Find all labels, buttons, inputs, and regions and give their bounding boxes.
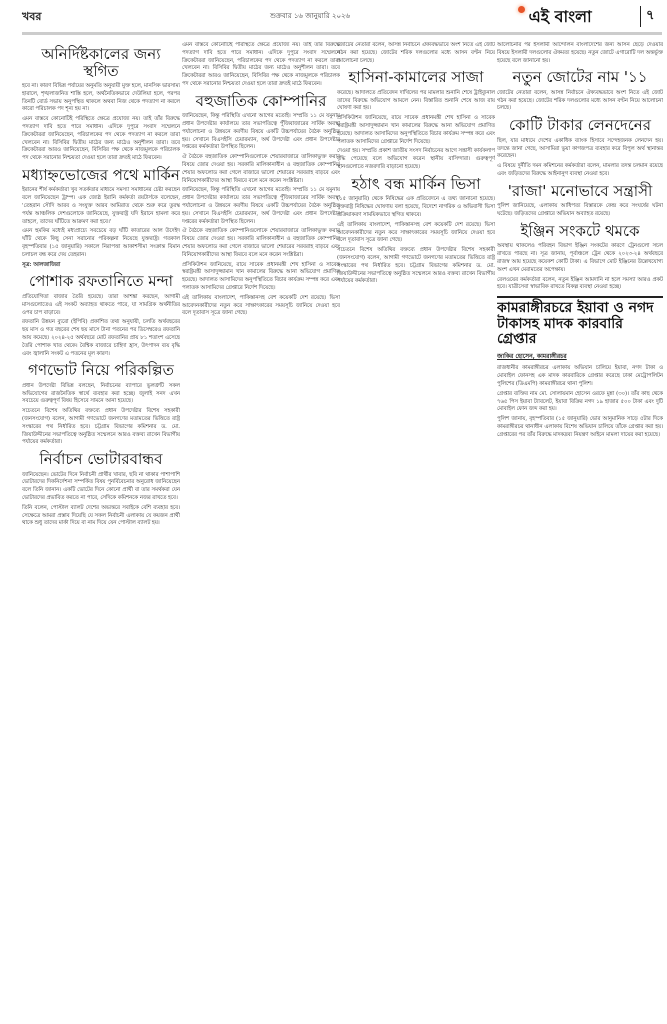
article-headline: পোশাক রফতানিতে মন্দা [22,273,180,290]
article-paragraph: পুলিশ জানায়, বৃহস্পতিবার (১৫ জানুয়ারি)… [497,416,663,439]
article-headline: বহুজাতিক কোম্পানির [182,93,340,110]
article-paragraph: প্রধান উপদেষ্টা বিভিন্ন বলছেন, নির্বাচনে… [22,383,180,406]
masthead-logo: এই বাংলা [520,4,592,31]
article-paragraph: ছিল, যার মাধ্যমে দেশের একাধিক ব্যাংক হিস… [497,138,663,161]
article-headline: নতুন জোটের নাম '১১ [497,69,663,86]
issue-date: শুক্রবার ১৬ জানুয়ারি ২০২৬ [270,10,350,22]
article-paragraph: হবে না। কারণ বিভিন্ন পর্যায়ের অনুমতি অন… [22,83,180,114]
article-paragraph: পুলিশ জানিয়েছে, এলাকায় আধিপত্য বিস্তার… [497,203,663,219]
header-rule [22,32,662,35]
column-3: জোটের নেতারা বলেন, আসন্ন নির্বাচনে ঐক্যব… [337,42,495,1016]
article-paragraph: এমন বাস্তবে কোনোটিই পরিস্থিতে ক্ষেত্রে প… [22,116,180,163]
article-paragraph: সচেতনে বিশেষ অতিথির বক্তব্যে প্রধান উপদে… [337,247,495,286]
article-paragraph: ঐ বৈঠকে বহুজাতিক কোম্পানিগুলোকে শেয়ারবা… [182,228,340,259]
page-number: ৭ [640,6,654,27]
page-header: খবর শুক্রবার ১৬ জানুয়ারি ২০২৬ এই বাংলা … [0,0,667,30]
article-paragraph: ঐ বৈঠকে বহুজাতিক কোম্পানিগুলোকে শেয়ারবা… [182,154,340,185]
article-paragraph: প্রসিকিউশন জানিয়েছে, রায়ে সাবেক প্রধান… [182,262,340,293]
column-1: অনির্দিষ্টকালের জন্য স্থগিত হবে না। কারণ… [22,42,180,1016]
article-paragraph: জানিয়েছেন, কিন্তু পরিস্থিতি এখনো আগের ম… [182,187,340,226]
article-paragraph: তিনি বলেন, পোস্টাল ব্যালট দেশের অভ্যন্তর… [22,505,180,528]
article-paragraph: এ বিষয়ে দুর্নীতি দমন কমিশনের কর্মকর্তার… [497,163,663,179]
article-paragraph: গ্রেপ্তার ব্যক্তির নাম মো. সোলায়মান হোস… [497,391,663,414]
article-paragraph: করেছে। আদালতে প্রতিবেদন দাখিলের পর মামলা… [337,90,495,113]
article-paragraph: জোটের নেতারা বলেন, আসন্ন নির্বাচনে ঐক্যব… [337,42,495,65]
article-headline: হাসিনা-কামালের সাজা [337,69,495,86]
article-paragraph: এই তালিকায় বাংলাদেশ, পাকিস্তানসহ বেশ কয… [337,222,495,245]
article-headline: 'রাজা' মনোভাবে সন্ত্রাসী [497,183,663,200]
article-paragraph: এই তালিকায় বাংলাদেশ, পাকিস্তানসহ বেশ কয… [182,295,340,318]
article-headline: মধ্যাহ্নভোজের পথে মার্কিন [22,167,180,184]
article-paragraph: প্রসিকিউশন জানিয়েছে, রায়ে সাবেক প্রধান… [337,115,495,146]
article-source: সূত্র: আলজাজিরা [22,262,180,270]
article-paragraph: এমন বাস্তবে কোনোটিই পরিস্থিতে ক্ষেত্রে প… [182,42,340,89]
article-paragraph: প্রতিযোগিতা বাজার তৈরি হয়েছে। তারা আশঙ্… [22,294,180,317]
article-paragraph: অবস্থায় থাকলেও পরিবহন বিভাগ ইঞ্জিন সংকট… [497,243,663,274]
article-paragraph: দেওয়া হয়। সম্প্রতি প্রকাশ জাতীয় সংসদ … [337,148,495,171]
article-paragraph: (১৫ জানুয়ারি) থেকে নিষিদ্ধের এক প্রতিবে… [337,196,495,219]
article-byline: জাকির হোসেন, কামরাঙ্গীরচর [497,351,663,362]
article-headline: অনির্দিষ্টকালের জন্য স্থগিত [22,46,180,79]
column-2: এমন বাস্তবে কোনোটিই পরিস্থিতে ক্ষেত্রে প… [182,42,340,1016]
article-headline: কামরাঙ্গীরচরে ইয়াবা ও নগদ টাকাসহ মাদক ক… [497,296,663,347]
article-headline: গণভোট নিয়ে পরিকল্পিত [22,362,180,379]
article-headline: ইঞ্জিন সংকটে থমকে [497,223,663,240]
article-headline: কোটি টাকার লেনদেনের [497,117,663,134]
section-label: খবর [22,8,41,27]
article-paragraph: জানিয়েছেন, কিন্তু পরিস্থিতি এখনো আগের ম… [182,113,340,152]
article-headline: হঠাৎ বন্ধ মার্কিন ভিসা [337,176,495,193]
article-paragraph: জানিয়েছেন। ভোটের দিনে নির্বাচনী প্রার্থ… [22,472,180,503]
sun-icon [518,6,525,13]
article-paragraph: ইরানের শীর্ষ কর্মকর্তারা খুব সতর্কতার মা… [22,187,180,226]
article-paragraph: জোটের নেতারা বলেন, আসন্ন নির্বাচনে ঐক্যব… [497,90,663,113]
column-4: আলোচনার পর ইসলামী আন্দোলন বাংলাদেশের জন্… [497,42,663,1016]
article-headline: নির্বাচন ভোটারবান্ধব [22,451,180,468]
article-paragraph: এমন হুমকির মধ্যেই মধ্যপ্রাচ্যে সবচেয়ে ব… [22,228,180,259]
article-paragraph: সচেতনে বিশেষ অতিথির বক্তব্যে প্রধান উপদে… [22,408,180,447]
article-paragraph: রেলওয়ের কর্মকর্তারা বলেন, নতুন ইঞ্জিন আ… [497,277,663,293]
article-paragraph: রফতানি উন্নয়ন ব্যুরো (ইপিবি) প্রকাশিত ত… [22,319,180,358]
article-paragraph: রাজধানীর কামরাঙ্গীরচর এলাকায় অভিযান চাল… [497,365,663,388]
article-paragraph: আলোচনার পর ইসলামী আন্দোলন বাংলাদেশের জন্… [497,42,663,65]
